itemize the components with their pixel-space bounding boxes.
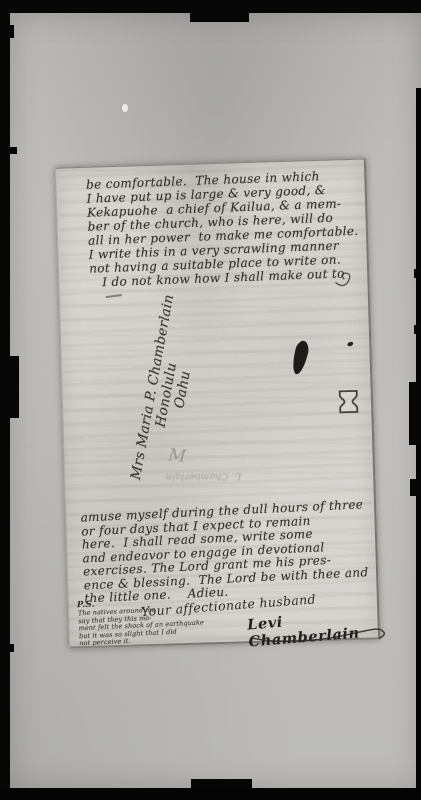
film-edge-mark bbox=[410, 479, 421, 496]
film-edge-mark bbox=[10, 644, 14, 652]
film-bottom-band bbox=[0, 788, 421, 800]
film-speck bbox=[122, 104, 128, 112]
film-edge-mark bbox=[409, 382, 421, 445]
flourish-mark: M bbox=[168, 445, 188, 467]
film-notch-top bbox=[190, 13, 249, 22]
film-edge-mark bbox=[414, 325, 421, 334]
film-notch-bottom bbox=[191, 779, 252, 788]
letter-top-paragraph: be comfortable. The house in which I hav… bbox=[86, 168, 360, 290]
film-edge-mark bbox=[10, 356, 19, 418]
letter-bottom-paragraph: amuse myself during the dull hours of th… bbox=[80, 498, 369, 606]
faint-docket-text: L. Chamberlain bbox=[131, 470, 241, 481]
seal-stamp-outline bbox=[335, 387, 364, 416]
film-edge-mark bbox=[414, 269, 421, 278]
microfilm-scan: be comfortable. The house in which I hav… bbox=[0, 0, 421, 800]
film-edge-mark bbox=[10, 25, 14, 38]
film-edge-mark bbox=[10, 147, 17, 154]
letter-page: be comfortable. The house in which I hav… bbox=[55, 158, 380, 648]
flourish-mark bbox=[332, 266, 357, 289]
